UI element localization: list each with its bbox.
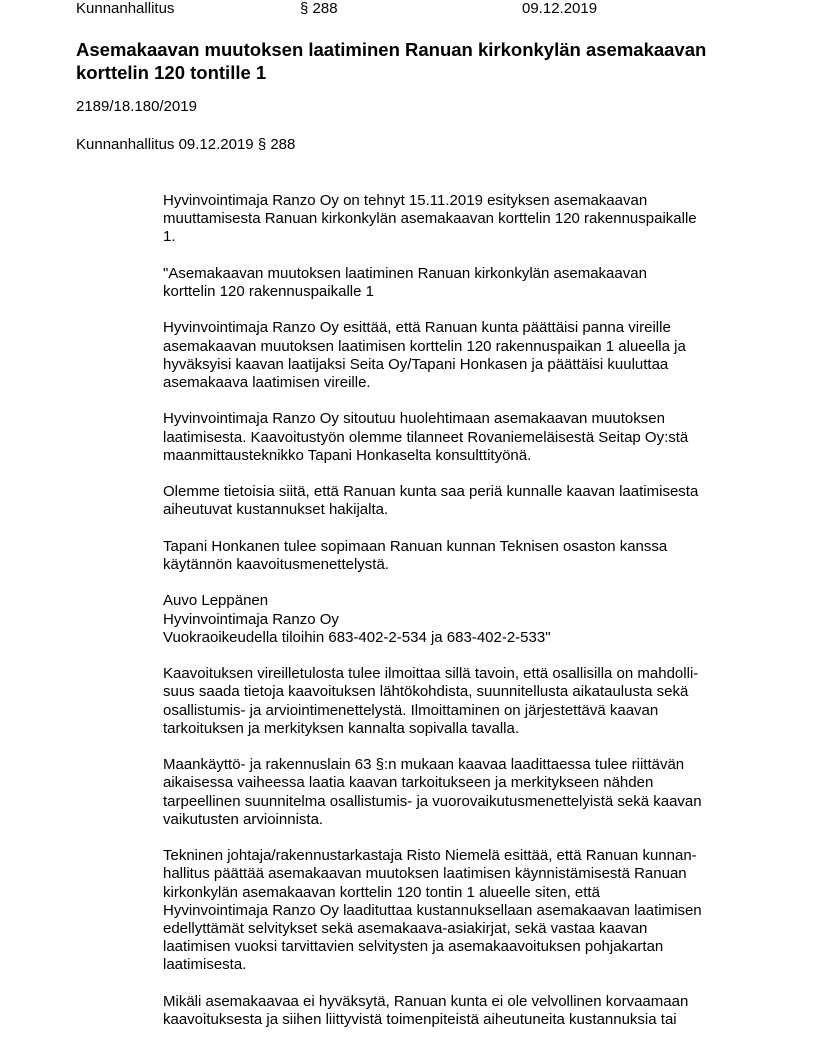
meeting-reference: Kunnanhallitus 09.12.2019 § 288 <box>76 136 295 154</box>
paragraph: Kaavoituksen vireilletulosta tulee ilmoi… <box>163 665 753 738</box>
paragraph: "Asemakaavan muutoksen laatiminen Ranuan… <box>163 265 753 301</box>
paragraph: Olemme tietoisia siitä, että Ranuan kunt… <box>163 483 753 519</box>
paragraph: Hyvinvointimaja Ranzo Oy sitoutuu huoleh… <box>163 410 753 465</box>
header-body: Kunnanhallitus <box>76 0 174 18</box>
document-title: Asemakaavan muutoksen laatiminen Ranuan … <box>76 38 776 84</box>
paragraph: Maankäyttö- ja rakennuslain 63 §:n mukaa… <box>163 756 753 829</box>
record-number: 2189/18.180/2019 <box>76 98 197 116</box>
document-body: Hyvinvointimaja Ranzo Oy on tehnyt 15.11… <box>163 192 753 1047</box>
header-date: 09.12.2019 <box>522 0 597 18</box>
paragraph: Mikäli asemakaavaa ei hyväksytä, Ranuan … <box>163 993 753 1029</box>
paragraph: Hyvinvointimaja Ranzo Oy on tehnyt 15.11… <box>163 192 753 247</box>
paragraph: Hyvinvointimaja Ranzo Oy esittää, että R… <box>163 319 753 392</box>
paragraph: Tekninen johtaja/rakennustarkastaja Rist… <box>163 847 753 974</box>
paragraph: Tapani Honkanen tulee sopimaan Ranuan ku… <box>163 538 753 574</box>
signature-block: Auvo Leppänen Hyvinvointimaja Ranzo Oy V… <box>163 592 753 647</box>
header-section: § 288 <box>300 0 338 18</box>
